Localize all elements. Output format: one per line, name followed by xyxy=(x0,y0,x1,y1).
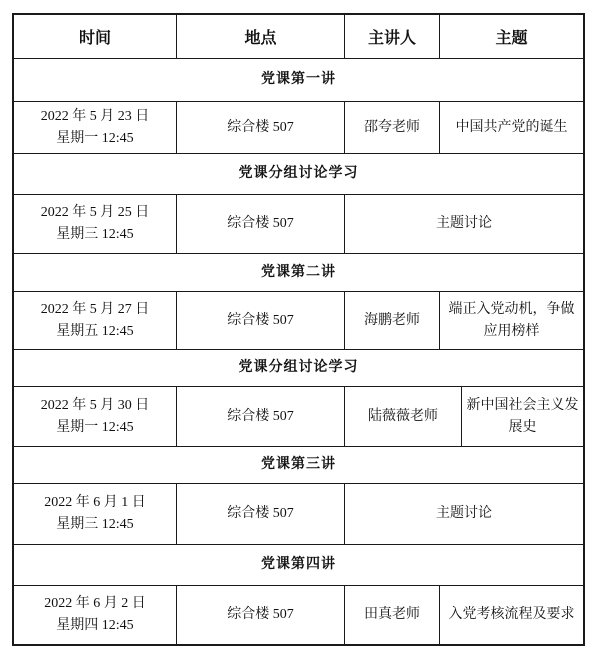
date-text: 2022 年 5 月 30 日 xyxy=(41,395,150,417)
date-text: 2022 年 5 月 25 日 xyxy=(41,202,150,224)
date-text: 2022 年 6 月 1 日 xyxy=(44,492,146,514)
speaker-cell: 海鹏老师 xyxy=(345,292,440,349)
speaker-cell: 邵夸老师 xyxy=(345,102,440,153)
topic-cell: 新中国社会主义发展史 xyxy=(462,387,583,446)
date-text: 2022 年 6 月 2 日 xyxy=(44,593,146,615)
location-cell: 综合楼 507 xyxy=(177,387,345,446)
weekday-time-text: 星期一 12:45 xyxy=(56,128,133,150)
document-page: 时间 地点 主讲人 主题 党课第一讲 2022 年 5 月 23 日 星期一 1… xyxy=(0,0,599,664)
table-row: 2022 年 6 月 2 日 星期四 12:45 综合楼 507 田真老师 入党… xyxy=(14,586,583,644)
section-row: 党课分组讨论学习 xyxy=(14,350,583,387)
time-cell: 2022 年 5 月 30 日 星期一 12:45 xyxy=(14,387,177,446)
table-header-row: 时间 地点 主讲人 主题 xyxy=(14,15,583,59)
header-cell-time: 时间 xyxy=(14,15,177,58)
section-title: 党课分组讨论学习 xyxy=(14,350,583,386)
time-cell: 2022 年 5 月 27 日 星期五 12:45 xyxy=(14,292,177,349)
location-cell: 综合楼 507 xyxy=(177,586,345,644)
table-row: 2022 年 5 月 25 日 星期三 12:45 综合楼 507 主题讨论 xyxy=(14,195,583,254)
weekday-time-text: 星期三 12:45 xyxy=(56,514,133,536)
section-row: 党课第一讲 xyxy=(14,59,583,102)
speaker-cell: 田真老师 xyxy=(345,586,440,644)
section-title: 党课第一讲 xyxy=(14,59,583,101)
section-row: 党课第三讲 xyxy=(14,447,583,484)
time-cell: 2022 年 6 月 1 日 星期三 12:45 xyxy=(14,484,177,544)
location-cell: 综合楼 507 xyxy=(177,484,345,544)
topic-merged-cell: 主题讨论 xyxy=(345,484,583,544)
date-text: 2022 年 5 月 27 日 xyxy=(41,299,150,321)
location-cell: 综合楼 507 xyxy=(177,102,345,153)
table-row: 2022 年 6 月 1 日 星期三 12:45 综合楼 507 主题讨论 xyxy=(14,484,583,545)
table-row: 2022 年 5 月 23 日 星期一 12:45 综合楼 507 邵夸老师 中… xyxy=(14,102,583,154)
topic-cell: 端正入党动机，争做应用榜样 xyxy=(440,292,583,349)
weekday-time-text: 星期一 12:45 xyxy=(56,417,133,439)
header-cell-location: 地点 xyxy=(177,15,345,58)
weekday-time-text: 星期三 12:45 xyxy=(56,224,133,246)
time-cell: 2022 年 5 月 23 日 星期一 12:45 xyxy=(14,102,177,153)
weekday-time-text: 星期五 12:45 xyxy=(56,321,133,343)
section-row: 党课第四讲 xyxy=(14,545,583,586)
section-title: 党课第四讲 xyxy=(14,545,583,585)
section-row: 党课第二讲 xyxy=(14,254,583,292)
table-row: 2022 年 5 月 27 日 星期五 12:45 综合楼 507 海鹏老师 端… xyxy=(14,292,583,350)
header-cell-speaker: 主讲人 xyxy=(345,15,440,58)
party-class-schedule-table: 时间 地点 主讲人 主题 党课第一讲 2022 年 5 月 23 日 星期一 1… xyxy=(12,13,585,646)
topic-merged-cell: 主题讨论 xyxy=(345,195,583,253)
location-cell: 综合楼 507 xyxy=(177,195,345,253)
section-title: 党课第三讲 xyxy=(14,447,583,483)
time-cell: 2022 年 6 月 2 日 星期四 12:45 xyxy=(14,586,177,644)
section-row: 党课分组讨论学习 xyxy=(14,154,583,195)
header-cell-topic: 主题 xyxy=(440,15,583,58)
location-cell: 综合楼 507 xyxy=(177,292,345,349)
weekday-time-text: 星期四 12:45 xyxy=(56,615,133,637)
time-cell: 2022 年 5 月 25 日 星期三 12:45 xyxy=(14,195,177,253)
topic-cell: 入党考核流程及要求 xyxy=(440,586,583,644)
topic-cell: 中国共产党的诞生 xyxy=(440,102,583,153)
speaker-cell: 陆薇薇老师 xyxy=(345,387,462,446)
section-title: 党课第二讲 xyxy=(14,254,583,291)
table-row: 2022 年 5 月 30 日 星期一 12:45 综合楼 507 陆薇薇老师 … xyxy=(14,387,583,447)
date-text: 2022 年 5 月 23 日 xyxy=(41,106,150,128)
section-title: 党课分组讨论学习 xyxy=(14,154,583,194)
